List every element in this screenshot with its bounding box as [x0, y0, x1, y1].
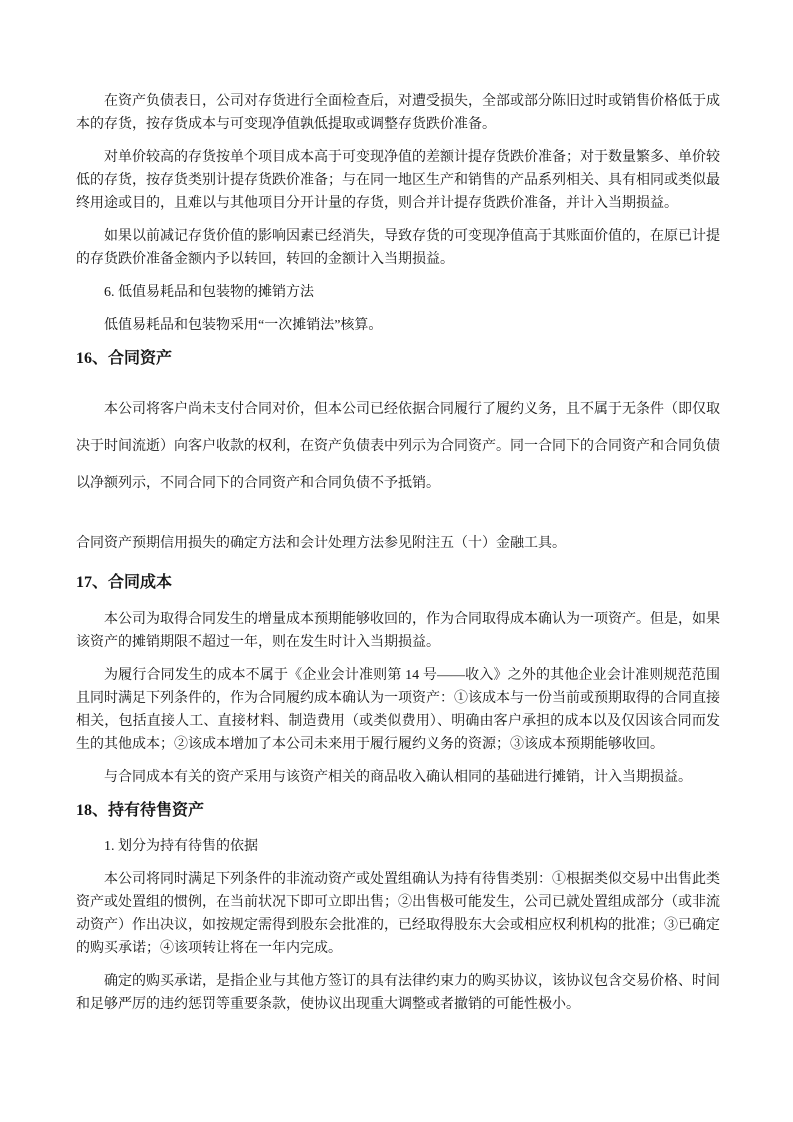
- paragraph-firm-purchase-commitment: 确定的购买承诺，是指企业与其他方签订的具有法律约束力的购买协议，该协议包含交易价…: [76, 970, 720, 1016]
- section-heading-17-contract-costs: 17、合同成本: [76, 571, 720, 595]
- paragraph-contract-performance-cost: 为履行合同发生的成本不属于《企业会计准则第 14 号——收入》之外的其他企业会计…: [76, 664, 720, 756]
- paragraph-held-for-sale-criteria: 本公司将同时满足下列条件的非流动资产或处置组确认为持有待售类别：①根据类似交易中…: [76, 868, 720, 960]
- paragraph-contract-assets-ecl-reference: 合同资产预期信用损失的确定方法和会计处理方法参见附注五（十）金融工具。: [76, 532, 720, 555]
- section-heading-16-contract-assets: 16、合同资产: [76, 347, 720, 371]
- section-heading-18-held-for-sale-assets: 18、持有待售资产: [76, 799, 720, 823]
- paragraph-low-value-consumables-method: 低值易耗品和包装物采用“一次摊销法”核算。: [76, 314, 720, 337]
- paragraph-contract-acquisition-cost: 本公司为取得合同发生的增量成本预期能够收回的，作为合同取得成本确认为一项资产。但…: [76, 608, 720, 654]
- paragraph-contract-cost-amortization: 与合同成本有关的资产采用与该资产相关的商品收入确认相同的基础进行摊销，计入当期损…: [76, 766, 720, 789]
- paragraph-inventory-impairment-method: 对单价较高的存货按单个项目成本高于可变现净值的差额计提存货跌价准备；对于数量繁多…: [76, 146, 720, 215]
- subheading-low-value-consumables: 6. 低值易耗品和包装物的摊销方法: [76, 281, 720, 304]
- paragraph-inventory-impairment-check: 在资产负债表日，公司对存货进行全面检查后，对遭受损失，全部或部分陈旧过时或销售价…: [76, 90, 720, 136]
- document-page: 在资产负债表日，公司对存货进行全面检查后，对遭受损失，全部或部分陈旧过时或销售价…: [0, 0, 793, 1122]
- paragraph-inventory-impairment-reversal: 如果以前减记存货价值的影响因素已经消失，导致存货的可变现净值高于其账面价值的，在…: [76, 225, 720, 271]
- subheading-held-for-sale-criteria: 1. 划分为持有待售的依据: [76, 835, 720, 858]
- paragraph-contract-assets-definition: 本公司将客户尚未支付合同对价，但本公司已经依据合同履行了履约义务，且不属于无条件…: [76, 391, 720, 502]
